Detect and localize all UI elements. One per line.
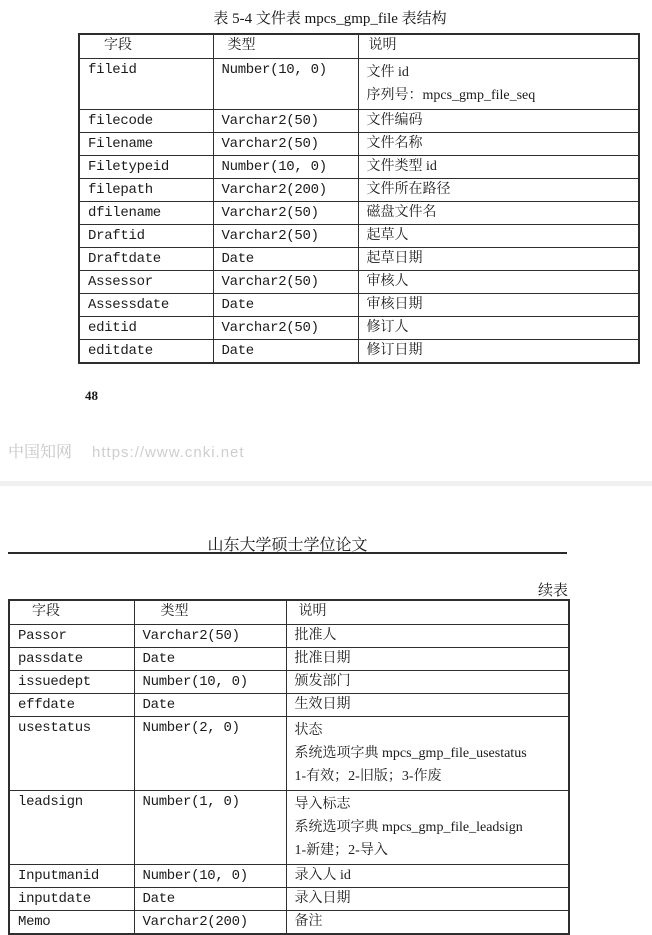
column-header-desc: 说明 (286, 600, 569, 624)
table-row: fileid Number(10, 0) 文件 id 序列号：mpcs_gmp_… (79, 58, 639, 109)
table-row: Passor Varchar2(50) 批准人 (9, 624, 569, 647)
desc-cell: 审核日期 (358, 293, 639, 316)
table-caption: 表 5-4 文件表 mpcs_gmp_file 表结构 (50, 7, 610, 28)
table-row: editid Varchar2(50) 修订人 (79, 316, 639, 339)
field-cell: leadsign (9, 790, 134, 864)
type-cell: Number(10, 0) (213, 58, 358, 109)
type-cell: Date (213, 293, 358, 316)
table-header-row: 字段 类型 说明 (79, 34, 639, 58)
table-row: dfilename Varchar2(50) 磁盘文件名 (79, 201, 639, 224)
type-cell: Varchar2(50) (213, 201, 358, 224)
field-cell: Memo (9, 910, 134, 934)
field-cell: issuedept (9, 670, 134, 693)
table-row: Memo Varchar2(200) 备注 (9, 910, 569, 934)
continued-table-label: 续表 (8, 579, 568, 600)
table-row: Draftid Varchar2(50) 起草人 (79, 224, 639, 247)
field-cell: Filetypeid (79, 155, 213, 178)
column-header-field: 字段 (9, 600, 134, 624)
desc-cell: 批准人 (286, 624, 569, 647)
table-row: leadsign Number(1, 0) 导入标志 系统选项字典 mpcs_g… (9, 790, 569, 864)
desc-cell: 修订人 (358, 316, 639, 339)
field-cell: fileid (79, 58, 213, 109)
field-cell: Assessor (79, 270, 213, 293)
table-row: usestatus Number(2, 0) 状态 系统选项字典 mpcs_gm… (9, 716, 569, 790)
file-table: 字段 类型 说明 fileid Number(10, 0) 文件 id 序列号：… (78, 33, 640, 364)
type-cell: Date (213, 247, 358, 270)
column-header-type: 类型 (213, 34, 358, 58)
column-header-desc: 说明 (358, 34, 639, 58)
type-cell: Date (213, 339, 358, 363)
type-cell: Number(2, 0) (134, 716, 286, 790)
field-cell: editdate (79, 339, 213, 363)
desc-cell: 录入人 id (286, 864, 569, 887)
table-row: effdate Date 生效日期 (9, 693, 569, 716)
column-header-type: 类型 (134, 600, 286, 624)
column-header-field: 字段 (79, 34, 213, 58)
type-cell: Varchar2(200) (134, 910, 286, 934)
type-cell: Varchar2(200) (213, 178, 358, 201)
table-row: filecode Varchar2(50) 文件编码 (79, 109, 639, 132)
cnki-url: https://www.cnki.net (92, 444, 245, 461)
field-cell: Passor (9, 624, 134, 647)
desc-cell: 磁盘文件名 (358, 201, 639, 224)
field-cell: Inputmanid (9, 864, 134, 887)
cnki-brand: 中国知网 (8, 444, 72, 461)
table-row: Filetypeid Number(10, 0) 文件类型 id (79, 155, 639, 178)
table-row: Assessdate Date 审核日期 (79, 293, 639, 316)
field-cell: passdate (9, 647, 134, 670)
field-cell: usestatus (9, 716, 134, 790)
table-row: filepath Varchar2(200) 文件所在路径 (79, 178, 639, 201)
field-cell: Draftid (79, 224, 213, 247)
table-row: passdate Date 批准日期 (9, 647, 569, 670)
document-canvas: 表 5-4 文件表 mpcs_gmp_file 表结构 字段 类型 说明 fil… (0, 0, 652, 935)
field-cell: filecode (79, 109, 213, 132)
desc-cell: 文件名称 (358, 132, 639, 155)
desc-cell: 起草日期 (358, 247, 639, 270)
type-cell: Varchar2(50) (134, 624, 286, 647)
desc-cell: 文件 id 序列号：mpcs_gmp_file_seq (358, 58, 639, 109)
header-rule (8, 552, 567, 554)
type-cell: Varchar2(50) (213, 224, 358, 247)
cnki-watermark: 中国知网https://www.cnki.net (8, 439, 245, 462)
type-cell: Varchar2(50) (213, 270, 358, 293)
desc-cell: 颁发部门 (286, 670, 569, 693)
field-cell: Draftdate (79, 247, 213, 270)
type-cell: Date (134, 647, 286, 670)
desc-cell: 审核人 (358, 270, 639, 293)
type-cell: Number(1, 0) (134, 790, 286, 864)
page-separator (0, 481, 652, 486)
type-cell: Varchar2(50) (213, 109, 358, 132)
table-row: issuedept Number(10, 0) 颁发部门 (9, 670, 569, 693)
field-cell: editid (79, 316, 213, 339)
type-cell: Date (134, 693, 286, 716)
table-row: Assessor Varchar2(50) 审核人 (79, 270, 639, 293)
table-header-row: 字段 类型 说明 (9, 600, 569, 624)
table-row: inputdate Date 录入日期 (9, 887, 569, 910)
table-row: Filename Varchar2(50) 文件名称 (79, 132, 639, 155)
desc-cell: 起草人 (358, 224, 639, 247)
field-cell: filepath (79, 178, 213, 201)
desc-cell: 导入标志 系统选项字典 mpcs_gmp_file_leadsign 1-新建；… (286, 790, 569, 864)
type-cell: Number(10, 0) (134, 864, 286, 887)
file-table-continued: 字段 类型 说明 Passor Varchar2(50) 批准人 passdat… (8, 599, 570, 935)
type-cell: Varchar2(50) (213, 132, 358, 155)
type-cell: Varchar2(50) (213, 316, 358, 339)
desc-cell: 生效日期 (286, 693, 569, 716)
desc-cell: 修订日期 (358, 339, 639, 363)
field-cell: inputdate (9, 887, 134, 910)
desc-cell: 状态 系统选项字典 mpcs_gmp_file_usestatus 1-有效；2… (286, 716, 569, 790)
table-row: Inputmanid Number(10, 0) 录入人 id (9, 864, 569, 887)
desc-cell: 文件所在路径 (358, 178, 639, 201)
page-number: 48 (85, 388, 98, 404)
desc-cell: 文件编码 (358, 109, 639, 132)
table-row: editdate Date 修订日期 (79, 339, 639, 363)
type-cell: Number(10, 0) (213, 155, 358, 178)
type-cell: Date (134, 887, 286, 910)
field-cell: effdate (9, 693, 134, 716)
desc-cell: 文件类型 id (358, 155, 639, 178)
table-row: Draftdate Date 起草日期 (79, 247, 639, 270)
desc-cell: 批准日期 (286, 647, 569, 670)
field-cell: Assessdate (79, 293, 213, 316)
field-cell: dfilename (79, 201, 213, 224)
type-cell: Number(10, 0) (134, 670, 286, 693)
desc-cell: 录入日期 (286, 887, 569, 910)
desc-cell: 备注 (286, 910, 569, 934)
field-cell: Filename (79, 132, 213, 155)
